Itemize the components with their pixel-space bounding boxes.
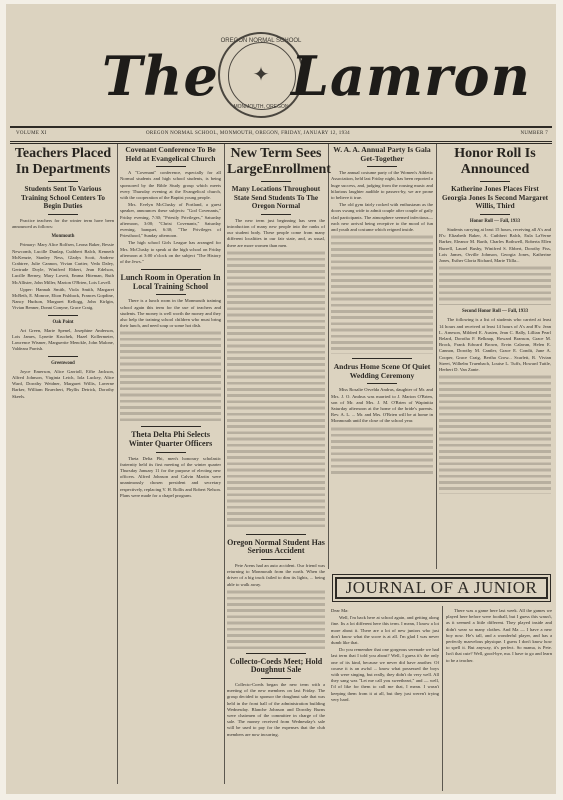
headline-honor-roll: Honor Roll Is Announced bbox=[439, 146, 551, 178]
paragraph: The high school Girls League has arrange… bbox=[120, 240, 221, 265]
headline-covenant: Covenant Conference To Be Held at Evange… bbox=[120, 146, 221, 163]
headline-collecto-coeds: Collecto-Coeds Meet; Hold Doughnut Sale bbox=[227, 658, 325, 675]
paragraph: Students carrying at least 15 hours, rec… bbox=[439, 227, 551, 264]
section-title: Oak Point bbox=[12, 320, 114, 326]
headline: Teachers Placed In Departments bbox=[12, 146, 114, 178]
journal-column-2: There was a game here last week. All the… bbox=[446, 608, 552, 665]
headline-andrus-wedding: Andrus Home Scene Of Quiet Wedding Cerem… bbox=[331, 363, 433, 380]
column-4: W. A. A. Annual Party Is Gala Get-Togeth… bbox=[331, 144, 433, 476]
column-5: Honor Roll Is Announced Katherine Jones … bbox=[439, 144, 551, 494]
paragraph: Joyce Emerson, Alice Garrioll, Effie Jac… bbox=[12, 369, 114, 400]
deck: Katherine Jones Places First Georgia Jon… bbox=[439, 185, 551, 211]
body-text-block bbox=[439, 265, 551, 305]
deck: Students Sent To Various Training School… bbox=[12, 185, 114, 211]
paragraph: Well, I'm back here at school again, and… bbox=[331, 615, 439, 646]
body-text-block bbox=[120, 330, 221, 422]
body-text-block bbox=[331, 234, 433, 354]
paragraph: The new term just beginning has seen the… bbox=[227, 218, 325, 249]
section-title: Monmouth bbox=[12, 234, 114, 240]
newspaper-page: The OREGON NORMAL SCHOOL ✦ MONMOUTH, ORE… bbox=[6, 4, 556, 794]
journal-column-1: Dear Ma: Well, I'm back here at school a… bbox=[331, 608, 439, 704]
paragraph: Pete Arens had an auto accident. Our fri… bbox=[227, 563, 325, 588]
section-title: Second Honor Roll — Fall, 1933 bbox=[439, 309, 551, 315]
dateline: VOLUME XI OREGON NORMAL SCHOOL, MONMOUTH… bbox=[10, 126, 552, 144]
salutation: Dear Ma: bbox=[331, 608, 439, 614]
paragraph: Collecto-Coeds began the new term with a… bbox=[227, 682, 325, 738]
column-rule bbox=[436, 144, 437, 569]
column-3: New Term Sees LargeEnrollment Many Locat… bbox=[227, 144, 325, 739]
paragraph: Theta Delta Phi, men's honorary scholast… bbox=[120, 456, 221, 499]
body-text-block bbox=[331, 426, 433, 476]
column-rule bbox=[117, 144, 118, 784]
column-2: Covenant Conference To Be Held at Evange… bbox=[120, 144, 221, 500]
paragraph: The following is a list of students who … bbox=[439, 317, 551, 373]
paragraph: There is a lunch room in the Monmouth tr… bbox=[120, 298, 221, 329]
masthead-title-left: The bbox=[102, 44, 219, 108]
eagle-emblem-icon: ✦ bbox=[220, 62, 302, 87]
body-text-block bbox=[227, 589, 325, 649]
body-text-block bbox=[439, 374, 551, 494]
paragraph: There was a game here last week. All the… bbox=[446, 608, 552, 664]
headline-enrollment: New Term Sees LargeEnrollment bbox=[227, 146, 325, 178]
issue-number: NUMBER 7 bbox=[520, 131, 548, 136]
column-rule bbox=[224, 144, 225, 784]
seal-bottom-text: MONMOUTH, OREGON bbox=[220, 104, 302, 110]
lead-paragraph: Practice teachers for the winter term ha… bbox=[12, 218, 114, 230]
masthead-title-right: Lamron bbox=[291, 44, 531, 108]
section-title: Greenwood bbox=[12, 361, 114, 367]
masthead: The OREGON NORMAL SCHOOL ✦ MONMOUTH, ORE… bbox=[6, 4, 556, 122]
column-rule bbox=[328, 144, 329, 569]
paragraph: Do you remember that one gorgeous serena… bbox=[331, 647, 439, 703]
headline-theta-delta-phi: Theta Delta Phi Selects Winter Quarter O… bbox=[120, 431, 221, 448]
headline-waa-party: W. A. A. Annual Party Is Gala Get-Togeth… bbox=[331, 146, 433, 163]
section-title: Honor Roll — Fall, 1933 bbox=[439, 219, 551, 225]
paragraph: Mrs. Evelyn McClusky of Portland, a gues… bbox=[120, 202, 221, 239]
paragraph: The annual costume party of the Women's … bbox=[331, 170, 433, 201]
deck: Many Locations Throughout State Send Stu… bbox=[227, 185, 325, 211]
paragraph: Art Green, Marie Spenel, Josephine Ander… bbox=[12, 328, 114, 353]
paragraph: Miss Rosalie Orvelda Andrus, daughter of… bbox=[331, 387, 433, 424]
paragraph: A "Covenant" conference, especially for … bbox=[120, 170, 221, 201]
headline-lunchroom: Lunch Room in Operation In Local Trainin… bbox=[120, 274, 221, 291]
paragraph: Primary: Mary Alice Rolfsen, Leona Baker… bbox=[12, 242, 114, 285]
journal-of-a-junior-banner: JOURNAL OF A JUNIOR bbox=[335, 577, 548, 599]
body-text-block bbox=[227, 250, 325, 530]
article-teachers-placed: Teachers Placed In Departments Students … bbox=[12, 144, 114, 401]
seal-top-text: OREGON NORMAL SCHOOL bbox=[220, 38, 302, 44]
paragraph: Upper: Hannah Smith, Viola Smith, Margar… bbox=[12, 287, 114, 312]
column-rule bbox=[442, 606, 443, 791]
volume-label: VOLUME XI bbox=[16, 131, 47, 136]
paragraph: The old gym fairly rocked with enthusias… bbox=[331, 202, 433, 233]
headline-accident: Oregon Normal Student Has Serious Accide… bbox=[227, 539, 325, 556]
place-date: OREGON NORMAL SCHOOL, MONMOUTH, OREGON, … bbox=[146, 131, 350, 136]
